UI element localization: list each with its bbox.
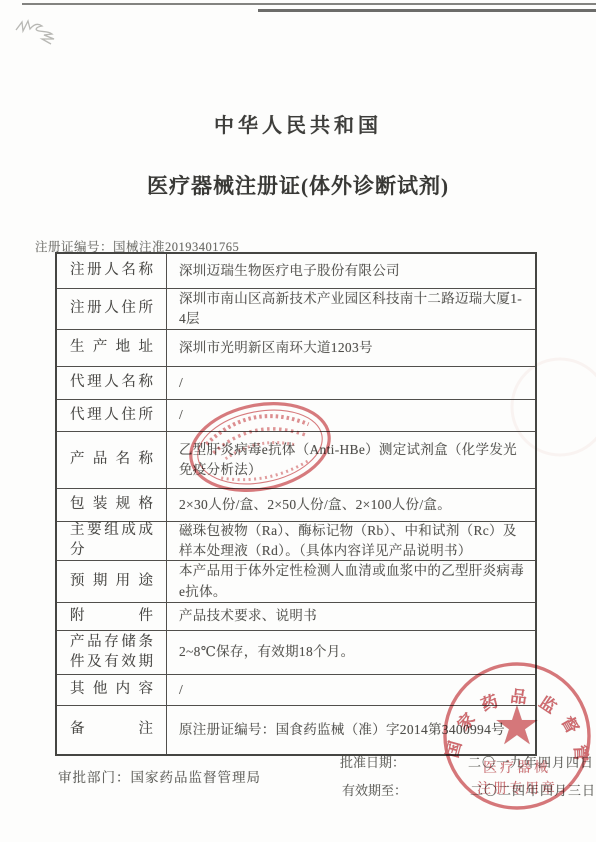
row-label: 备注	[57, 706, 167, 754]
row-label: 产品名称	[57, 432, 167, 488]
table-row: 生产地址深圳市光明新区南环大道1203号	[57, 329, 535, 366]
table-row: 注册人住所深圳市南山区高新技术产业园区科技南十二路迈瑞大厦1-4层	[57, 288, 535, 329]
row-value: 深圳迈瑞生物医疗电子股份有限公司	[167, 254, 535, 288]
row-value: 产品技术要求、说明书	[167, 603, 535, 630]
document-title: 医疗器械注册证(体外诊断试剂)	[0, 170, 596, 200]
row-value: 本产品用于体外定性检测人血清或血浆中的乙型肝炎病毒e抗体。	[167, 561, 535, 602]
row-label: 代理人名称	[57, 367, 167, 399]
handwritten-scribble	[10, 12, 80, 57]
approve-date-label: 批准日期：	[340, 752, 405, 771]
country-title: 中华人民共和国	[0, 109, 596, 138]
row-label: 预期用途	[57, 561, 167, 602]
row-label: 附件	[57, 603, 167, 630]
row-label: 注册人名称	[57, 254, 167, 288]
row-label: 主要组成成分	[57, 522, 167, 560]
row-value: 深圳市南山区高新技术产业园区科技南十二路迈瑞大厦1-4层	[167, 289, 535, 329]
stamp-line1: 医疗器械	[483, 759, 551, 776]
row-label: 注册人住所	[57, 289, 167, 329]
certificate-page: 中华人民共和国 医疗器械注册证(体外诊断试剂) 注册证编号：国械注准201934…	[0, 0, 596, 842]
table-row: 附件产品技术要求、说明书	[57, 602, 535, 630]
table-row: 主要组成成分磁珠包被物（Ra）、酶标记物（Rb）、中和试剂（Rc）及样本处理液（…	[57, 521, 535, 560]
scan-edge-line	[22, 3, 596, 5]
row-label: 产品存储条件及有效期	[57, 631, 167, 674]
row-label: 生产地址	[57, 330, 167, 366]
row-label: 代理人住所	[57, 400, 167, 431]
table-row: 预期用途本产品用于体外定性检测人血清或血浆中的乙型肝炎病毒e抗体。	[57, 560, 535, 602]
stamp-star-icon: ★	[493, 694, 541, 757]
approval-department: 审批部门：国家药品监督管理局	[58, 766, 261, 786]
government-round-stamp: 国家药品监督管理局 ★ 医疗器械 注册专用章	[438, 660, 596, 818]
table-row: 注册人名称深圳迈瑞生物医疗电子股份有限公司	[57, 254, 535, 288]
scan-edge-line-right	[258, 9, 596, 12]
row-label: 包装规格	[57, 489, 167, 521]
row-label: 其他内容	[57, 675, 167, 705]
stamp-line2: 注册专用章	[477, 780, 557, 797]
row-value: 磁珠包被物（Ra）、酶标记物（Rb）、中和试剂（Rc）及样本处理液（Rd）。（具…	[167, 522, 535, 560]
valid-until-label: 有效期至：	[342, 780, 407, 799]
company-oval-stamp-icon	[180, 392, 340, 502]
row-value: 深圳市光明新区南环大道1203号	[167, 330, 535, 366]
